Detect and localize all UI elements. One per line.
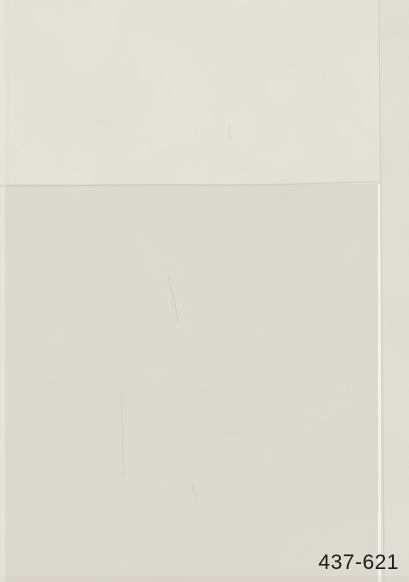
wallpaper-sample-scan: 437-621 — [0, 0, 409, 582]
texture-lower-panel — [0, 184, 378, 582]
texture-right-strip — [381, 0, 409, 582]
sample-code-label: 437-621 — [318, 551, 399, 575]
texture-top-band — [0, 0, 409, 184]
left-edge-highlight — [0, 0, 5, 582]
